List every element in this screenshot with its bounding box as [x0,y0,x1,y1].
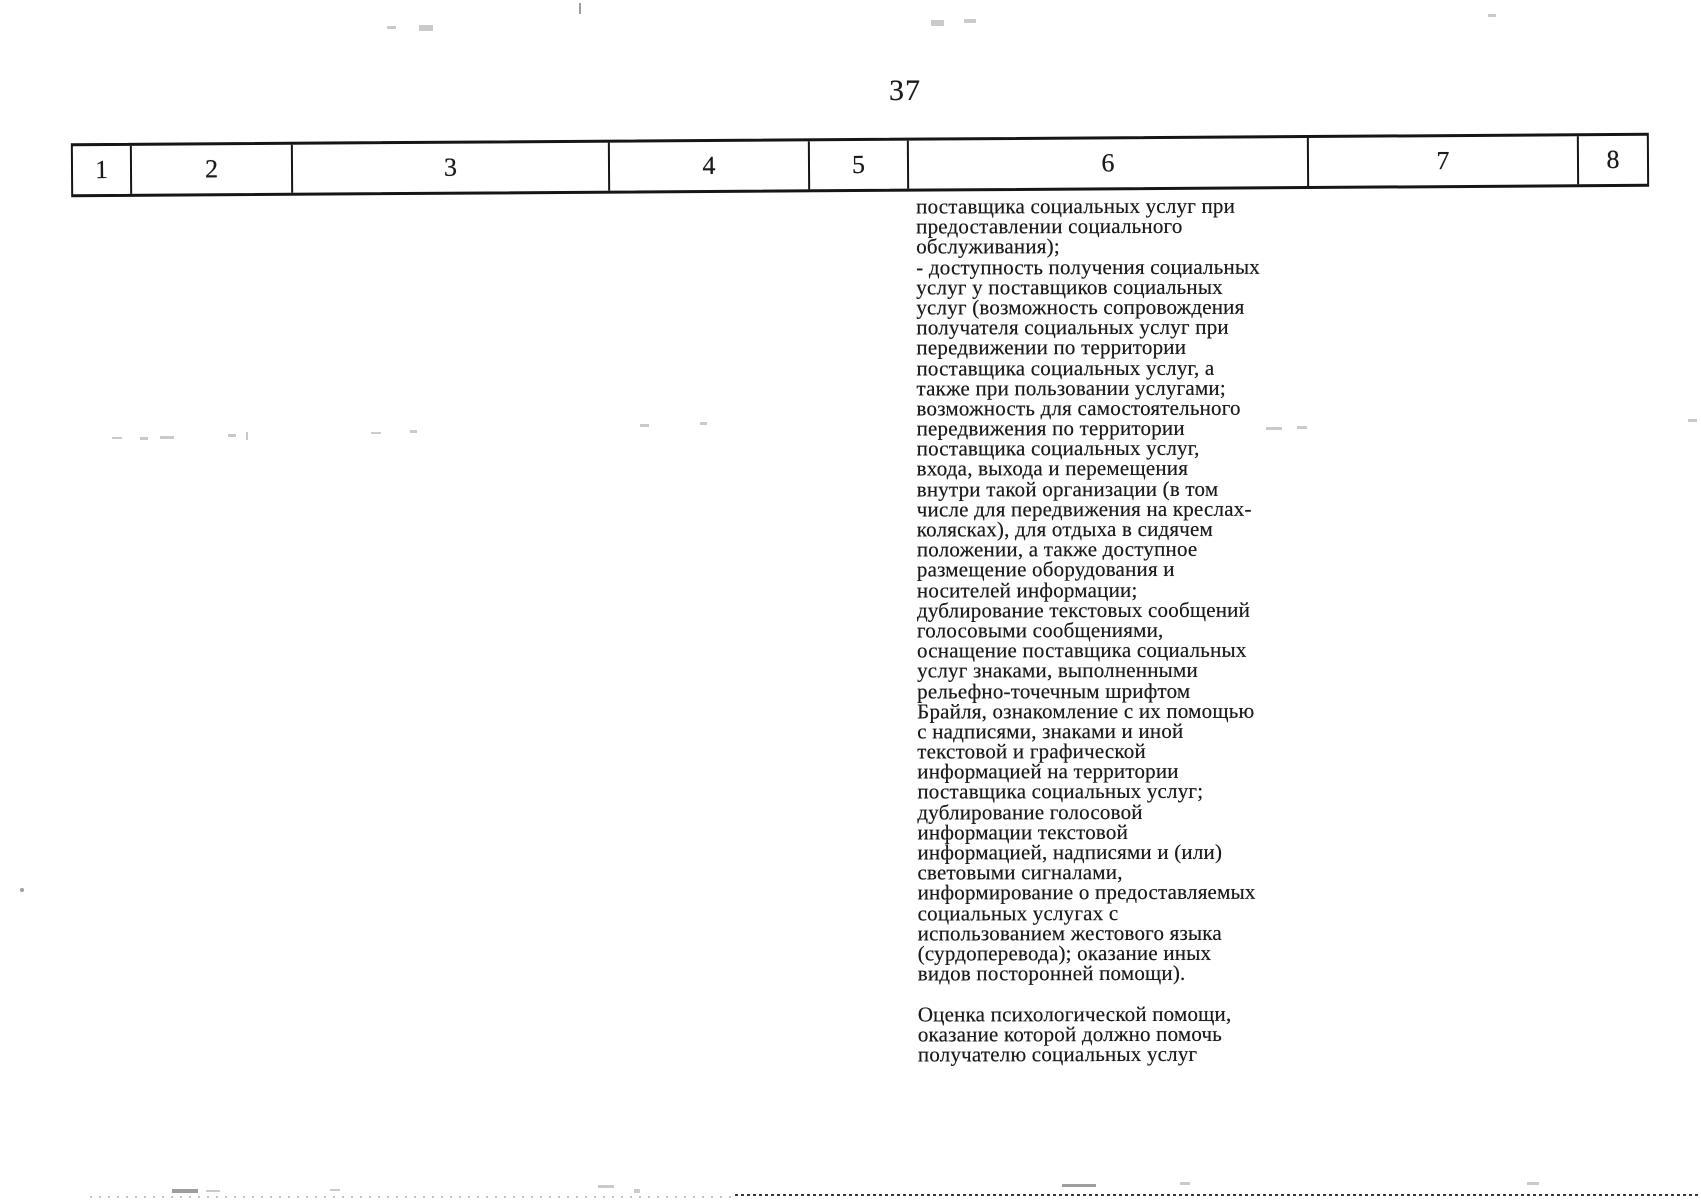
scan-artifact [1266,427,1282,430]
table-header-cell-8: 8 [1577,136,1647,184]
scan-artifact [1180,1182,1190,1185]
document-page: 37 1 2 3 4 5 6 7 8 поставщика социальных… [0,0,1701,1200]
text-line: рельефно-точечным шрифтом [917,680,1331,701]
text-line: предоставлении социального [916,216,1330,237]
scan-artifact [579,3,581,14]
scan-artifact [172,1189,198,1193]
text-line: передвижении по территории [916,337,1330,358]
table-header-row: 1 2 3 4 5 6 7 8 [71,133,1649,197]
scan-artifact [1297,426,1307,429]
text-line: информирование о предоставляемых [918,882,1332,903]
text-line: информацией, надписями и (или) [917,842,1331,863]
text-line: поставщика социальных услуг, а [916,357,1330,378]
table-header-cell-3: 3 [291,143,608,193]
text-line: услуг знаками, выполненными [917,660,1331,681]
paragraph-2: Оценка психологической помощи,оказание к… [918,1003,1332,1064]
scan-artifact [964,19,976,23]
text-line: Оценка психологической помощи, [918,1003,1332,1024]
page-number: 37 [889,74,921,108]
table-header-cell-6: 6 [907,138,1307,189]
text-line: видов посторонней помощи). [918,963,1332,984]
table-header-cell-5: 5 [808,141,907,190]
scan-artifact [410,430,417,433]
scan-artifact [1527,1182,1539,1185]
scan-artifact [1488,14,1496,17]
text-line: получателю социальных услуг [918,1043,1332,1064]
scan-artifact [330,1189,340,1191]
text-line: размещение оборудования и [917,559,1331,580]
scan-artifact [387,26,396,29]
scan-artifact [700,422,707,425]
scan-artifact [640,424,649,427]
scan-artifact [140,437,148,440]
scan-artifact [371,432,381,434]
text-line: обслуживания); [916,236,1330,257]
scan-artifact [1688,419,1697,422]
column-6-text: поставщика социальных услуг припредостав… [916,196,1332,1065]
scan-artifact [246,432,248,440]
scan-artifact [206,1190,220,1192]
scan-artifact [735,1194,1701,1196]
scan-artifact [1062,1184,1096,1187]
table-header-cell-4: 4 [608,141,808,190]
table-header-cell-2: 2 [130,145,291,194]
scan-artifact [419,25,433,31]
text-line: входа, выхода и перемещения [917,458,1331,479]
scan-artifact [90,1196,735,1198]
scan-artifact [634,1189,640,1193]
scan-artifact [931,20,944,26]
scan-artifact [20,888,24,892]
table-header-cell-7: 7 [1307,136,1577,186]
text-line: поставщика социальных услуг; [917,781,1331,802]
table-header-cell-1: 1 [73,146,130,194]
paragraph-1: поставщика социальных услуг припредостав… [916,196,1332,984]
scan-artifact [228,434,236,437]
scan-artifact [598,1185,614,1188]
scan-artifact [112,437,122,439]
scan-artifact [160,436,174,439]
